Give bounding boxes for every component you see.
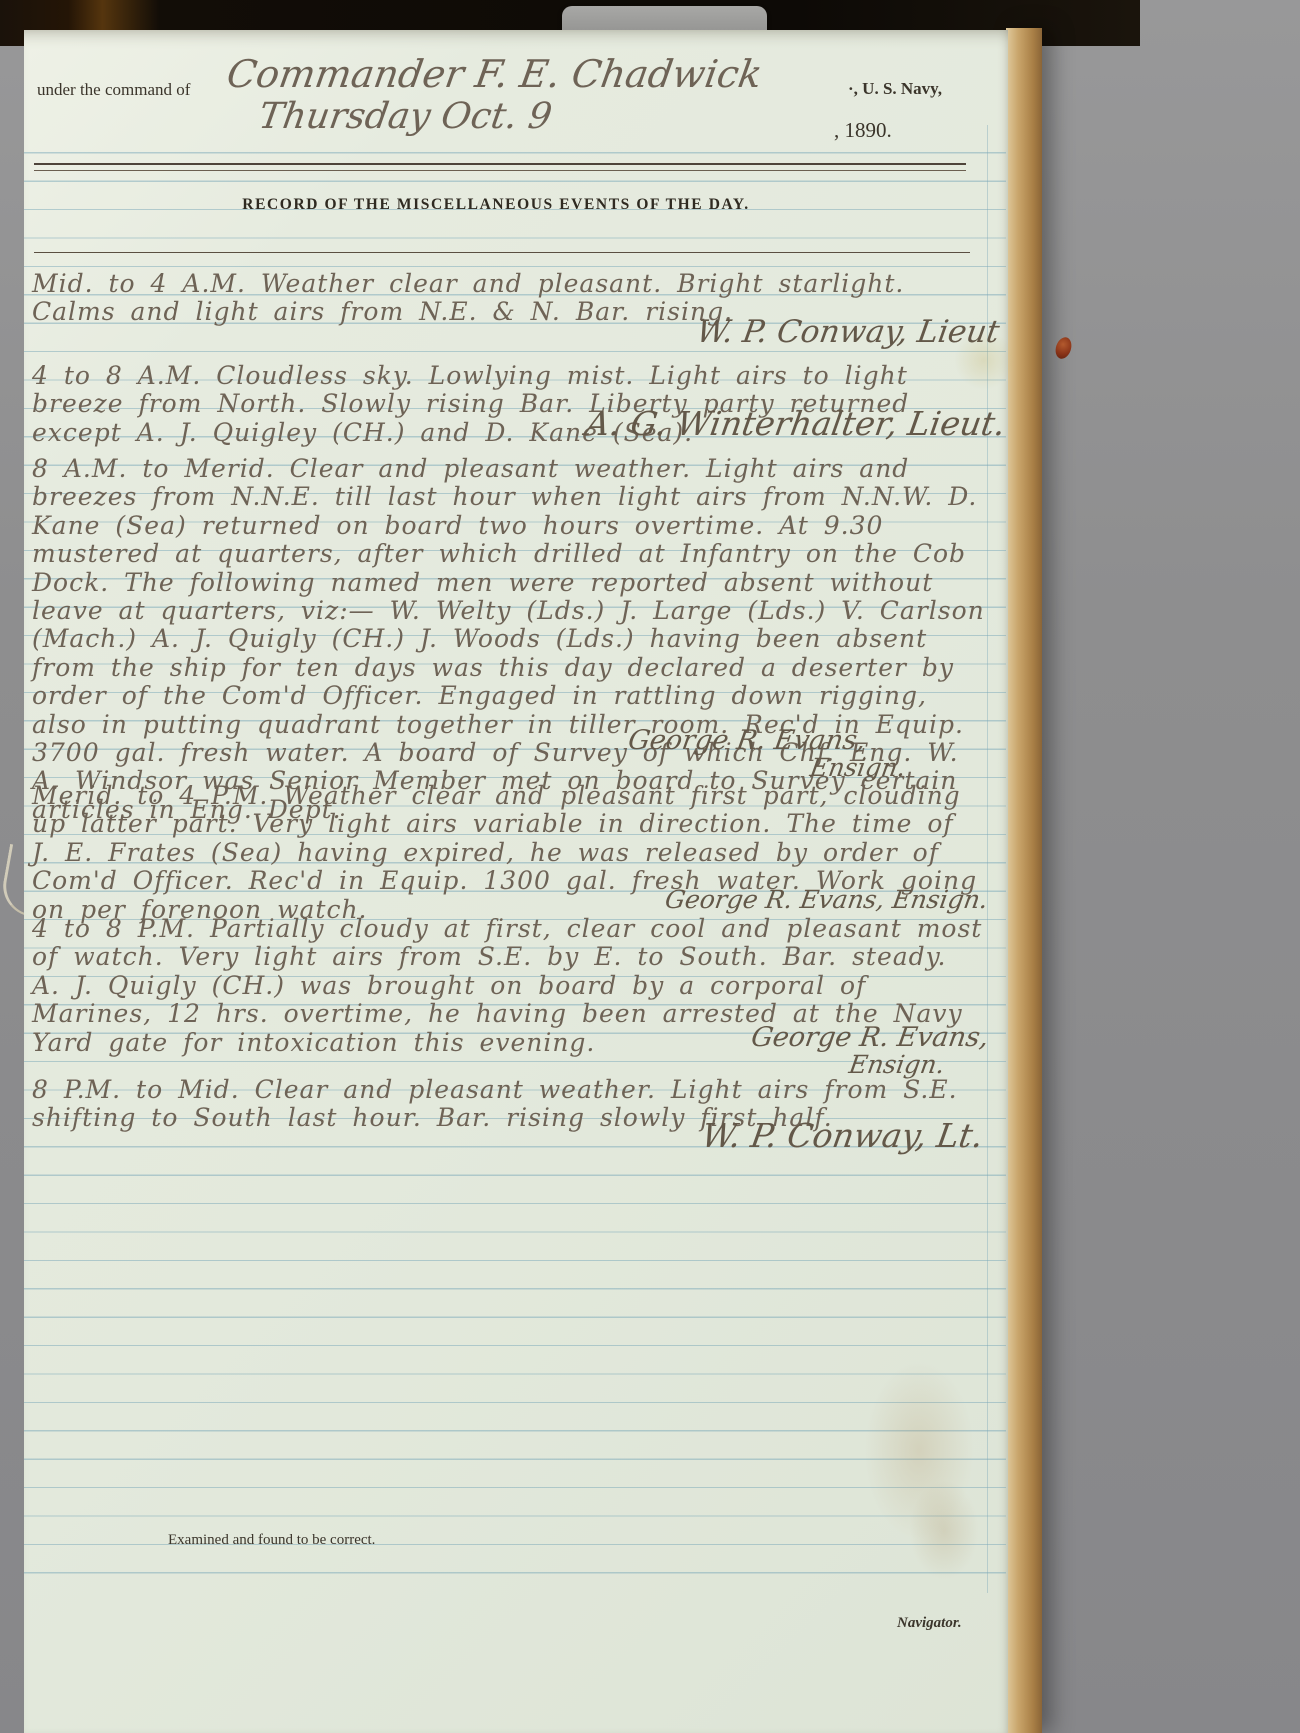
navy-suffix-label: ·, U. S. Navy, [848,79,942,99]
date-handwritten: Thursday Oct. 9 [256,96,555,137]
signature-evans-2: George R. Evans, Ensign. [663,885,990,914]
single-rule [34,252,970,253]
page-deckle-edge [1006,28,1042,1733]
double-rule [34,163,966,171]
year-label: , 1890. [834,118,892,143]
navigator-label: Navigator. [897,1615,962,1632]
signature-evans-1-line1: George R. Evans, [626,725,868,756]
logbook-page: under the command of Commander F. E. Cha… [24,30,1008,1733]
signature-conway-1: W. P. Conway, Lieut [694,314,1002,350]
section-title: RECORD OF THE MISCELLANEOUS EVENTS OF TH… [24,196,968,214]
signature-winterhalter: A. G. Winterhalter, Lieut. [583,404,1008,443]
examined-note: Examined and found to be correct. [168,1532,375,1549]
stain [909,1480,979,1580]
command-prefix-label: under the command of [37,80,190,100]
signature-evans-3-line1: George R. Evans, [749,1022,991,1053]
signature-conway-2: W. P. Conway, Lt. [699,1116,986,1155]
stain [864,1360,974,1540]
signature-evans-1-line2: Ensign. [808,753,908,782]
logbook-scan: under the command of Commander F. E. Cha… [0,0,1300,1733]
wax-seal-spot [1053,335,1074,361]
commander-name-handwritten: Commander F. E. Chadwick [224,52,765,96]
